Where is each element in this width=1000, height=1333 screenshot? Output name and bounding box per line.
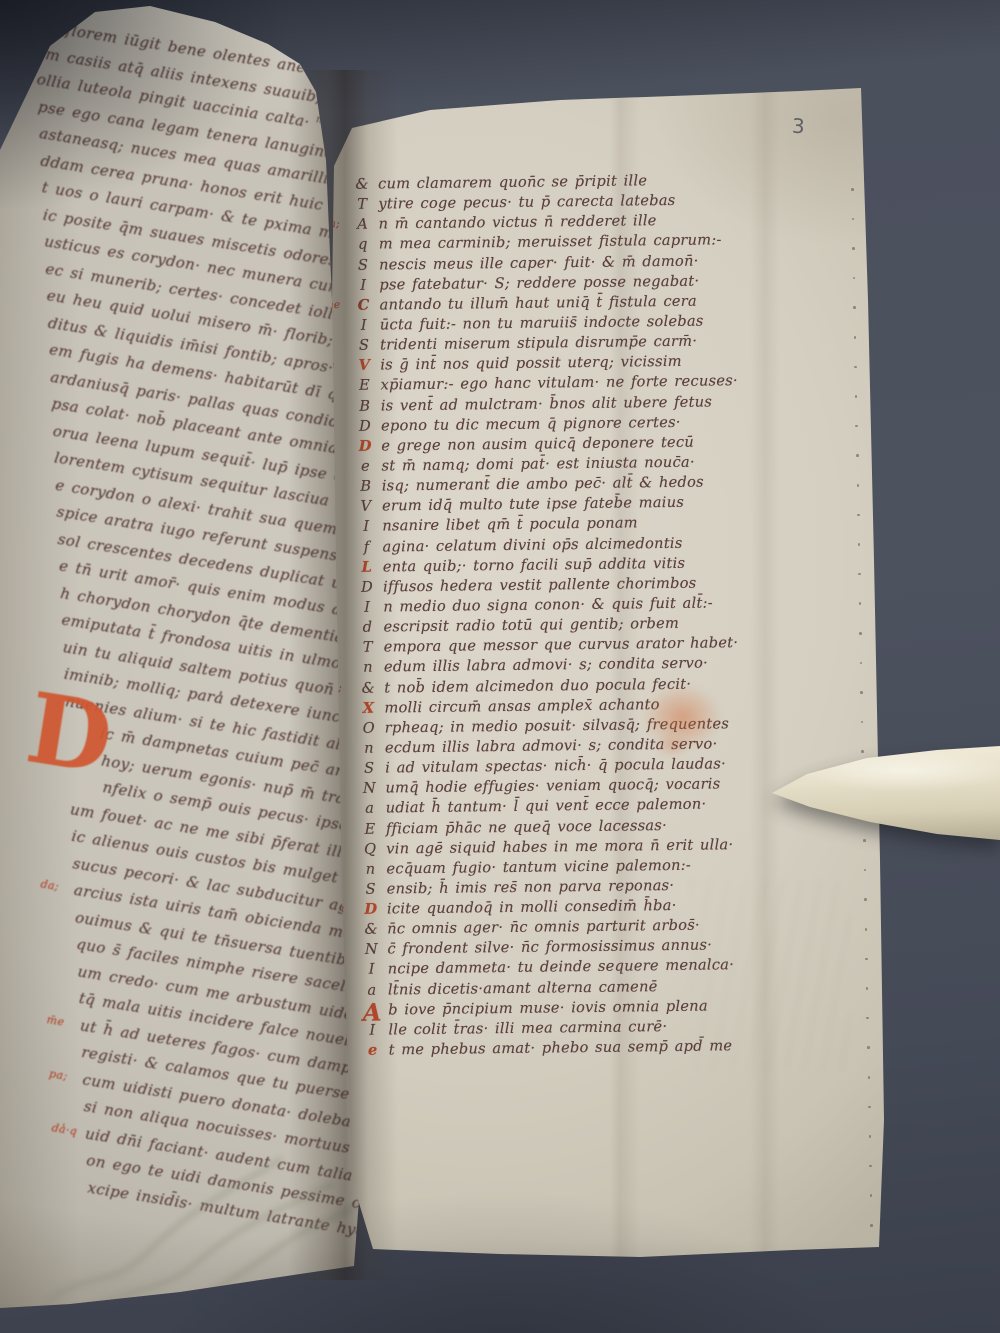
pricking-hole — [856, 454, 859, 457]
verse-text: ecq̄uam fugio· tantum vicine palemon:- — [386, 857, 691, 878]
versal-letter: & — [350, 176, 374, 193]
pricking-hole — [868, 1106, 871, 1109]
versal-letter: B — [354, 478, 378, 495]
speaker-siglum: m̄e — [46, 1013, 66, 1029]
versal-letter: I — [360, 961, 384, 978]
verse-text: ensib; h̄ imis res̄ non parva reponas· — [387, 877, 675, 898]
verse-text: fficiam p̄hāc ne queq̄ voce lacessas· — [386, 817, 667, 837]
versal-letter: n — [357, 739, 381, 756]
verse-text: empora que messor que curvus arator habe… — [384, 634, 739, 655]
versal-letter: & — [359, 921, 383, 938]
verse-text: ūcta fuit:- non tu maruiis̄ indocte sole… — [380, 313, 704, 334]
versal-letter: V — [352, 357, 376, 374]
folio-number-pencil: 3 — [791, 114, 805, 139]
versal-letter: O — [357, 719, 381, 736]
verse-text: escripsit radio totū qui gentib; orbem — [383, 615, 679, 636]
pricking-hole — [870, 1194, 873, 1197]
versal-letter: D — [359, 901, 383, 918]
pricking-hole — [859, 632, 862, 635]
verse-text: agina· celatum divini op̄s alcimedontis — [382, 534, 682, 555]
pricking-hole — [870, 1224, 873, 1227]
verse-text: iffusos hedera vestit pallente chorimbos — [383, 574, 697, 595]
pricking-hole — [857, 514, 860, 517]
pricking-hole — [860, 691, 863, 694]
versal-letter: B — [353, 397, 377, 414]
pricking-hole — [851, 188, 854, 191]
verse-text: isq; numerant̄ die ambo pec̄· alt̄ & hed… — [382, 474, 704, 495]
versal-letter: I — [354, 518, 378, 535]
versal-letter: I — [355, 598, 379, 615]
versal-letter: E — [358, 820, 382, 837]
red-pigment-stain-small — [655, 735, 689, 757]
verse-text: antando tu illum̄ haut uniq̄ t̄ fistula … — [379, 292, 697, 313]
pricking-hole — [858, 543, 861, 546]
pricking-hole — [868, 1076, 871, 1079]
versal-letter: Q — [358, 840, 382, 857]
versal-letter: X — [356, 699, 380, 716]
pricking-hole — [857, 484, 860, 487]
verse-text: molli circum̄ ansas amplex̄ achanto — [384, 696, 659, 716]
verse-text: epono tu dic mecum q̄ pignore certes· — [381, 414, 681, 435]
versal-letter: e — [353, 458, 377, 475]
verse-text: nsanire libet qm̄ t̄ pocula ponam — [382, 515, 638, 535]
versal-letter: f — [354, 538, 378, 555]
verse-text: erum idq̄ multo tute ipse fateb̄e maius — [382, 494, 684, 515]
verse-text: lle colit t̄ras· illi mea carmina curē· — [388, 1018, 667, 1038]
versal-letter: D — [353, 437, 377, 454]
versal-letter: I — [360, 1021, 384, 1038]
versal-letter: D — [355, 578, 379, 595]
pricking-hole — [864, 898, 867, 901]
show-through-marks — [690, 880, 850, 1070]
versal-letter: N — [357, 780, 381, 797]
speaker-siglum: da; — [40, 877, 60, 893]
pricking-hole — [853, 306, 856, 309]
versal-letter: D — [353, 417, 377, 434]
verse-text: lt̄nis dicetis·amant alterna camenē — [388, 978, 658, 998]
versal-letter: I — [352, 317, 376, 334]
interlinear-correction: mala — [315, 114, 343, 129]
verse-text: is ḡ int̄ nos quid possit uterq; vicissi… — [380, 353, 682, 374]
verse-text: e grege non ausim quicq̄ deponere tecū — [381, 433, 694, 454]
verse-text: is vent̄ ad mulctram· b̄nos alit ubere f… — [381, 393, 712, 414]
versal-letter: N — [359, 941, 383, 958]
verse-text: n medio duo signa conon· & quis fuit alt… — [383, 594, 713, 615]
verse-text: udiat h̄ tantum· l̄ qui vent̄ ecce palem… — [386, 796, 707, 817]
verse-text: ytire coge pecus· tu p̄ carecta latebas — [378, 192, 675, 213]
pricking-hole — [852, 247, 855, 250]
verse-text: c̄ frondent silve· n̄c formosissimus ann… — [387, 937, 712, 958]
bone-folder-blade — [762, 738, 1000, 846]
versal-letter: A — [350, 216, 374, 233]
verse-text: n m̄ cantando victus n̄ redderet ille — [378, 212, 656, 232]
pricking-hole — [869, 1135, 872, 1138]
verse-text: icite quandoq̄ in molli consedim̄ h̄ba· — [387, 897, 677, 918]
pricking-hole — [854, 336, 857, 339]
pricking-hole — [867, 1046, 870, 1049]
versal-letter: T — [350, 196, 374, 213]
pricking-hole — [865, 928, 868, 931]
versal-letter: I — [351, 276, 375, 293]
verse-text: b iove p̄ncipium muse· iovis omnia plena — [388, 997, 708, 1018]
verse-text: i ad vitulam spectas· nich̄· q̄ pocula l… — [385, 755, 726, 776]
verse-text: pse fatebatur· S; reddere posse negabat· — [379, 272, 699, 293]
verse-text: edum illis labra admovi· s; condita serv… — [384, 655, 708, 676]
versal-letter: S — [359, 880, 383, 897]
pricking-hole — [865, 958, 868, 961]
versal-letter: T — [356, 639, 380, 656]
verse-text: cum clamarem quon̄c se p̄ripit ille — [378, 172, 647, 192]
versal-letter: & — [356, 679, 380, 696]
verse-text: n̄c omnis ager· n̄c omnis parturit arbos… — [387, 917, 700, 938]
verse-text: tridenti miserum stipula disrump̄e carm̄… — [380, 333, 697, 354]
versal-letter: n — [358, 860, 382, 877]
versal-letter: n — [356, 659, 380, 676]
versal-letter: e — [361, 1042, 385, 1059]
speaker-siglum: pa; — [48, 1067, 68, 1083]
versal-letter: a — [360, 981, 384, 998]
versal-letter: S — [357, 760, 381, 777]
versal-letter: V — [354, 498, 378, 515]
show-through-writing — [40, 1100, 360, 1320]
pricking-hole — [854, 366, 857, 369]
verse-text: t me phebus amat· phebo sua semp̄ apd̄ m… — [389, 1037, 733, 1058]
verse-text: nescis meus ille caper· fuit· & m̄ damon… — [379, 252, 699, 273]
versal-letter: L — [355, 558, 379, 575]
verse-text: vin agē siquid habes in me mora n̄ erit … — [386, 836, 733, 857]
pricking-hole — [869, 1165, 872, 1168]
verse-text: ncipe dammeta· tu deinde sequere menalca… — [388, 957, 735, 978]
verse-text: st m̄ namq; domi pat̄· est iniusta nouc̄… — [381, 454, 694, 475]
versal-letter: E — [352, 377, 376, 394]
verse-text: m mea carminib; meruisset fistula caprum… — [379, 232, 722, 253]
versal-letter: C — [351, 296, 375, 313]
manuscript-photo: um florem iūgit bene olentes anethium ca… — [0, 0, 1000, 1333]
versal-letter: d — [355, 619, 379, 636]
verse-text: umq̄ hodie effugies· veniam quocq̄; voca… — [385, 776, 720, 797]
versal-letter: a — [358, 800, 382, 817]
versal-letter: S — [351, 256, 375, 273]
verse-text: enta quib;· torno facili sup̄ addita vit… — [383, 554, 686, 575]
verse-text: xp̄iamur:- ego hanc vitulam· ne forte re… — [380, 373, 737, 394]
decorated-initial-d: D — [22, 688, 117, 780]
bone-folder-tool — [762, 738, 1000, 846]
versal-letter: S — [352, 337, 376, 354]
versal-letter: q — [351, 236, 375, 253]
